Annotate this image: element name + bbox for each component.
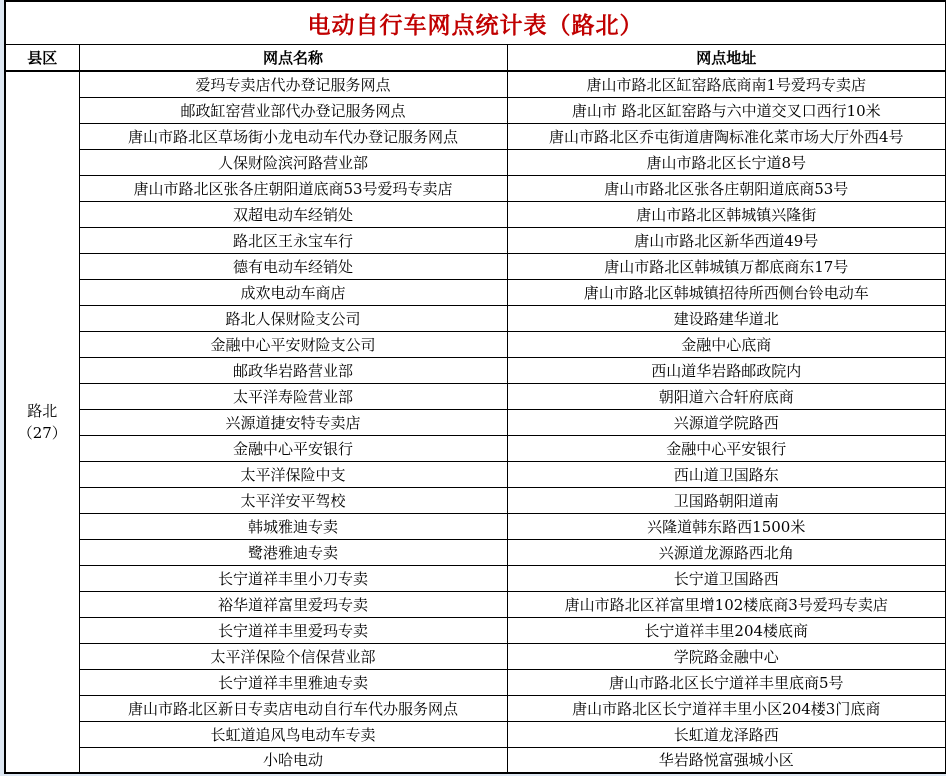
site-address-cell: 朝阳道六合轩府底商	[507, 383, 946, 409]
site-name-cell: 小哈电动	[79, 747, 507, 773]
site-name-cell: 邮政缸窑营业部代办登记服务网点	[79, 97, 507, 123]
table-row: 长虹道追风鸟电动车专卖长虹道龙泽路西	[5, 721, 946, 747]
site-address-cell: 唐山市 路北区缸窑路与六中道交叉口西行10米	[507, 97, 946, 123]
site-address-cell: 唐山市路北区张各庄朝阳道底商53号	[507, 175, 946, 201]
table-row: 鹭港雅迪专卖兴源道龙源路西北角	[5, 539, 946, 565]
table-row: 金融中心平安银行金融中心平安银行	[5, 435, 946, 461]
table-body: 路北（27）爱玛专卖店代办登记服务网点唐山市路北区缸窑路底商南1号爱玛专卖店邮政…	[5, 71, 946, 773]
site-name-cell: 太平洋寿险营业部	[79, 383, 507, 409]
table-row: 太平洋保险中支西山道卫国路东	[5, 461, 946, 487]
district-count: （27）	[8, 422, 77, 445]
site-name-cell: 路北人保财险支公司	[79, 305, 507, 331]
site-address-cell: 华岩路悦富强城小区	[507, 747, 946, 773]
table-row: 邮政缸窑营业部代办登记服务网点唐山市 路北区缸窑路与六中道交叉口西行10米	[5, 97, 946, 123]
site-address-cell: 长虹道龙泽路西	[507, 721, 946, 747]
title-row: 电动自行车网点统计表（路北）	[5, 1, 946, 45]
site-address-cell: 唐山市路北区韩城镇万都底商东17号	[507, 253, 946, 279]
site-name-cell: 人保财险滨河路营业部	[79, 149, 507, 175]
site-name-cell: 邮政华岩路营业部	[79, 357, 507, 383]
site-name-cell: 长宁道祥丰里雅迪专卖	[79, 669, 507, 695]
site-name-cell: 成欢电动车商店	[79, 279, 507, 305]
table-row: 唐山市路北区草场街小龙电动车代办登记服务网点唐山市路北区乔屯街道唐陶标准化菜市场…	[5, 123, 946, 149]
table-row: 人保财险滨河路营业部唐山市路北区长宁道8号	[5, 149, 946, 175]
header-row: 县区 网点名称 网点地址	[5, 45, 946, 72]
site-name-cell: 德有电动车经销处	[79, 253, 507, 279]
site-address-cell: 唐山市路北区长宁道8号	[507, 149, 946, 175]
site-address-cell: 卫国路朝阳道南	[507, 487, 946, 513]
site-address-cell: 唐山市路北区缸窑路底商南1号爱玛专卖店	[507, 71, 946, 97]
site-address-cell: 金融中心平安银行	[507, 435, 946, 461]
site-name-cell: 裕华道祥富里爱玛专卖	[79, 591, 507, 617]
site-name-cell: 路北区王永宝车行	[79, 227, 507, 253]
site-name-cell: 双超电动车经销处	[79, 201, 507, 227]
site-name-cell: 金融中心平安银行	[79, 435, 507, 461]
site-name-cell: 爱玛专卖店代办登记服务网点	[79, 71, 507, 97]
site-address-cell: 长宁道祥丰里204楼底商	[507, 617, 946, 643]
site-address-cell: 唐山市路北区韩城镇招待所西侧台铃电动车	[507, 279, 946, 305]
site-address-cell: 兴源道龙源路西北角	[507, 539, 946, 565]
table-title: 电动自行车网点统计表（路北）	[5, 1, 946, 45]
site-address-cell: 长宁道卫国路西	[507, 565, 946, 591]
site-address-cell: 兴源道学院路西	[507, 409, 946, 435]
column-header-district: 县区	[5, 45, 79, 72]
table-row: 小哈电动华岩路悦富强城小区	[5, 747, 946, 773]
site-name-cell: 长宁道祥丰里爱玛专卖	[79, 617, 507, 643]
table-head: 电动自行车网点统计表（路北） 县区 网点名称 网点地址	[5, 1, 946, 71]
site-name-cell: 唐山市路北区新日专卖店电动自行车代办服务网点	[79, 695, 507, 721]
site-name-cell: 长宁道祥丰里小刀专卖	[79, 565, 507, 591]
site-address-cell: 唐山市路北区新华西道49号	[507, 227, 946, 253]
table-row: 兴源道捷安特专卖店兴源道学院路西	[5, 409, 946, 435]
site-address-cell: 金融中心底商	[507, 331, 946, 357]
table-row: 路北（27）爱玛专卖店代办登记服务网点唐山市路北区缸窑路底商南1号爱玛专卖店	[5, 71, 946, 97]
district-cell: 路北（27）	[5, 71, 79, 773]
table-row: 太平洋寿险营业部朝阳道六合轩府底商	[5, 383, 946, 409]
site-address-cell: 兴隆道韩东路西1500米	[507, 513, 946, 539]
column-header-site-address: 网点地址	[507, 45, 946, 72]
table-row: 太平洋保险个信保营业部学院路金融中心	[5, 643, 946, 669]
district-name: 路北	[8, 400, 77, 423]
ebike-stats-table: 电动自行车网点统计表（路北） 县区 网点名称 网点地址 路北（27）爱玛专卖店代…	[4, 0, 946, 774]
site-address-cell: 唐山市路北区祥富里增102楼底商3号爱玛专卖店	[507, 591, 946, 617]
site-name-cell: 太平洋保险中支	[79, 461, 507, 487]
site-name-cell: 金融中心平安财险支公司	[79, 331, 507, 357]
site-address-cell: 西山道卫国路东	[507, 461, 946, 487]
table-row: 唐山市路北区新日专卖店电动自行车代办服务网点唐山市路北区长宁道祥丰里小区204楼…	[5, 695, 946, 721]
site-name-cell: 兴源道捷安特专卖店	[79, 409, 507, 435]
table-row: 金融中心平安财险支公司金融中心底商	[5, 331, 946, 357]
site-address-cell: 唐山市路北区韩城镇兴隆街	[507, 201, 946, 227]
table-row: 双超电动车经销处唐山市路北区韩城镇兴隆街	[5, 201, 946, 227]
table-row: 邮政华岩路营业部西山道华岩路邮政院内	[5, 357, 946, 383]
table-row: 唐山市路北区张各庄朝阳道底商53号爱玛专卖店唐山市路北区张各庄朝阳道底商53号	[5, 175, 946, 201]
site-address-cell: 唐山市路北区乔屯街道唐陶标准化菜市场大厅外西4号	[507, 123, 946, 149]
site-address-cell: 建设路建华道北	[507, 305, 946, 331]
site-name-cell: 太平洋安平驾校	[79, 487, 507, 513]
site-address-cell: 唐山市路北区长宁道祥丰里底商5号	[507, 669, 946, 695]
page-background: 电动自行车网点统计表（路北） 县区 网点名称 网点地址 路北（27）爱玛专卖店代…	[0, 0, 946, 776]
table-row: 长宁道祥丰里雅迪专卖唐山市路北区长宁道祥丰里底商5号	[5, 669, 946, 695]
table-row: 太平洋安平驾校卫国路朝阳道南	[5, 487, 946, 513]
site-name-cell: 韩城雅迪专卖	[79, 513, 507, 539]
site-name-cell: 鹭港雅迪专卖	[79, 539, 507, 565]
table-row: 成欢电动车商店唐山市路北区韩城镇招待所西侧台铃电动车	[5, 279, 946, 305]
table-row: 裕华道祥富里爱玛专卖唐山市路北区祥富里增102楼底商3号爱玛专卖店	[5, 591, 946, 617]
site-address-cell: 唐山市路北区长宁道祥丰里小区204楼3门底商	[507, 695, 946, 721]
site-name-cell: 太平洋保险个信保营业部	[79, 643, 507, 669]
table-row: 德有电动车经销处唐山市路北区韩城镇万都底商东17号	[5, 253, 946, 279]
table-row: 路北人保财险支公司建设路建华道北	[5, 305, 946, 331]
table-row: 路北区王永宝车行唐山市路北区新华西道49号	[5, 227, 946, 253]
column-header-site-name: 网点名称	[79, 45, 507, 72]
table-row: 韩城雅迪专卖兴隆道韩东路西1500米	[5, 513, 946, 539]
site-name-cell: 唐山市路北区张各庄朝阳道底商53号爱玛专卖店	[79, 175, 507, 201]
table-row: 长宁道祥丰里小刀专卖长宁道卫国路西	[5, 565, 946, 591]
site-address-cell: 学院路金融中心	[507, 643, 946, 669]
site-name-cell: 长虹道追风鸟电动车专卖	[79, 721, 507, 747]
site-address-cell: 西山道华岩路邮政院内	[507, 357, 946, 383]
table-row: 长宁道祥丰里爱玛专卖长宁道祥丰里204楼底商	[5, 617, 946, 643]
site-name-cell: 唐山市路北区草场街小龙电动车代办登记服务网点	[79, 123, 507, 149]
